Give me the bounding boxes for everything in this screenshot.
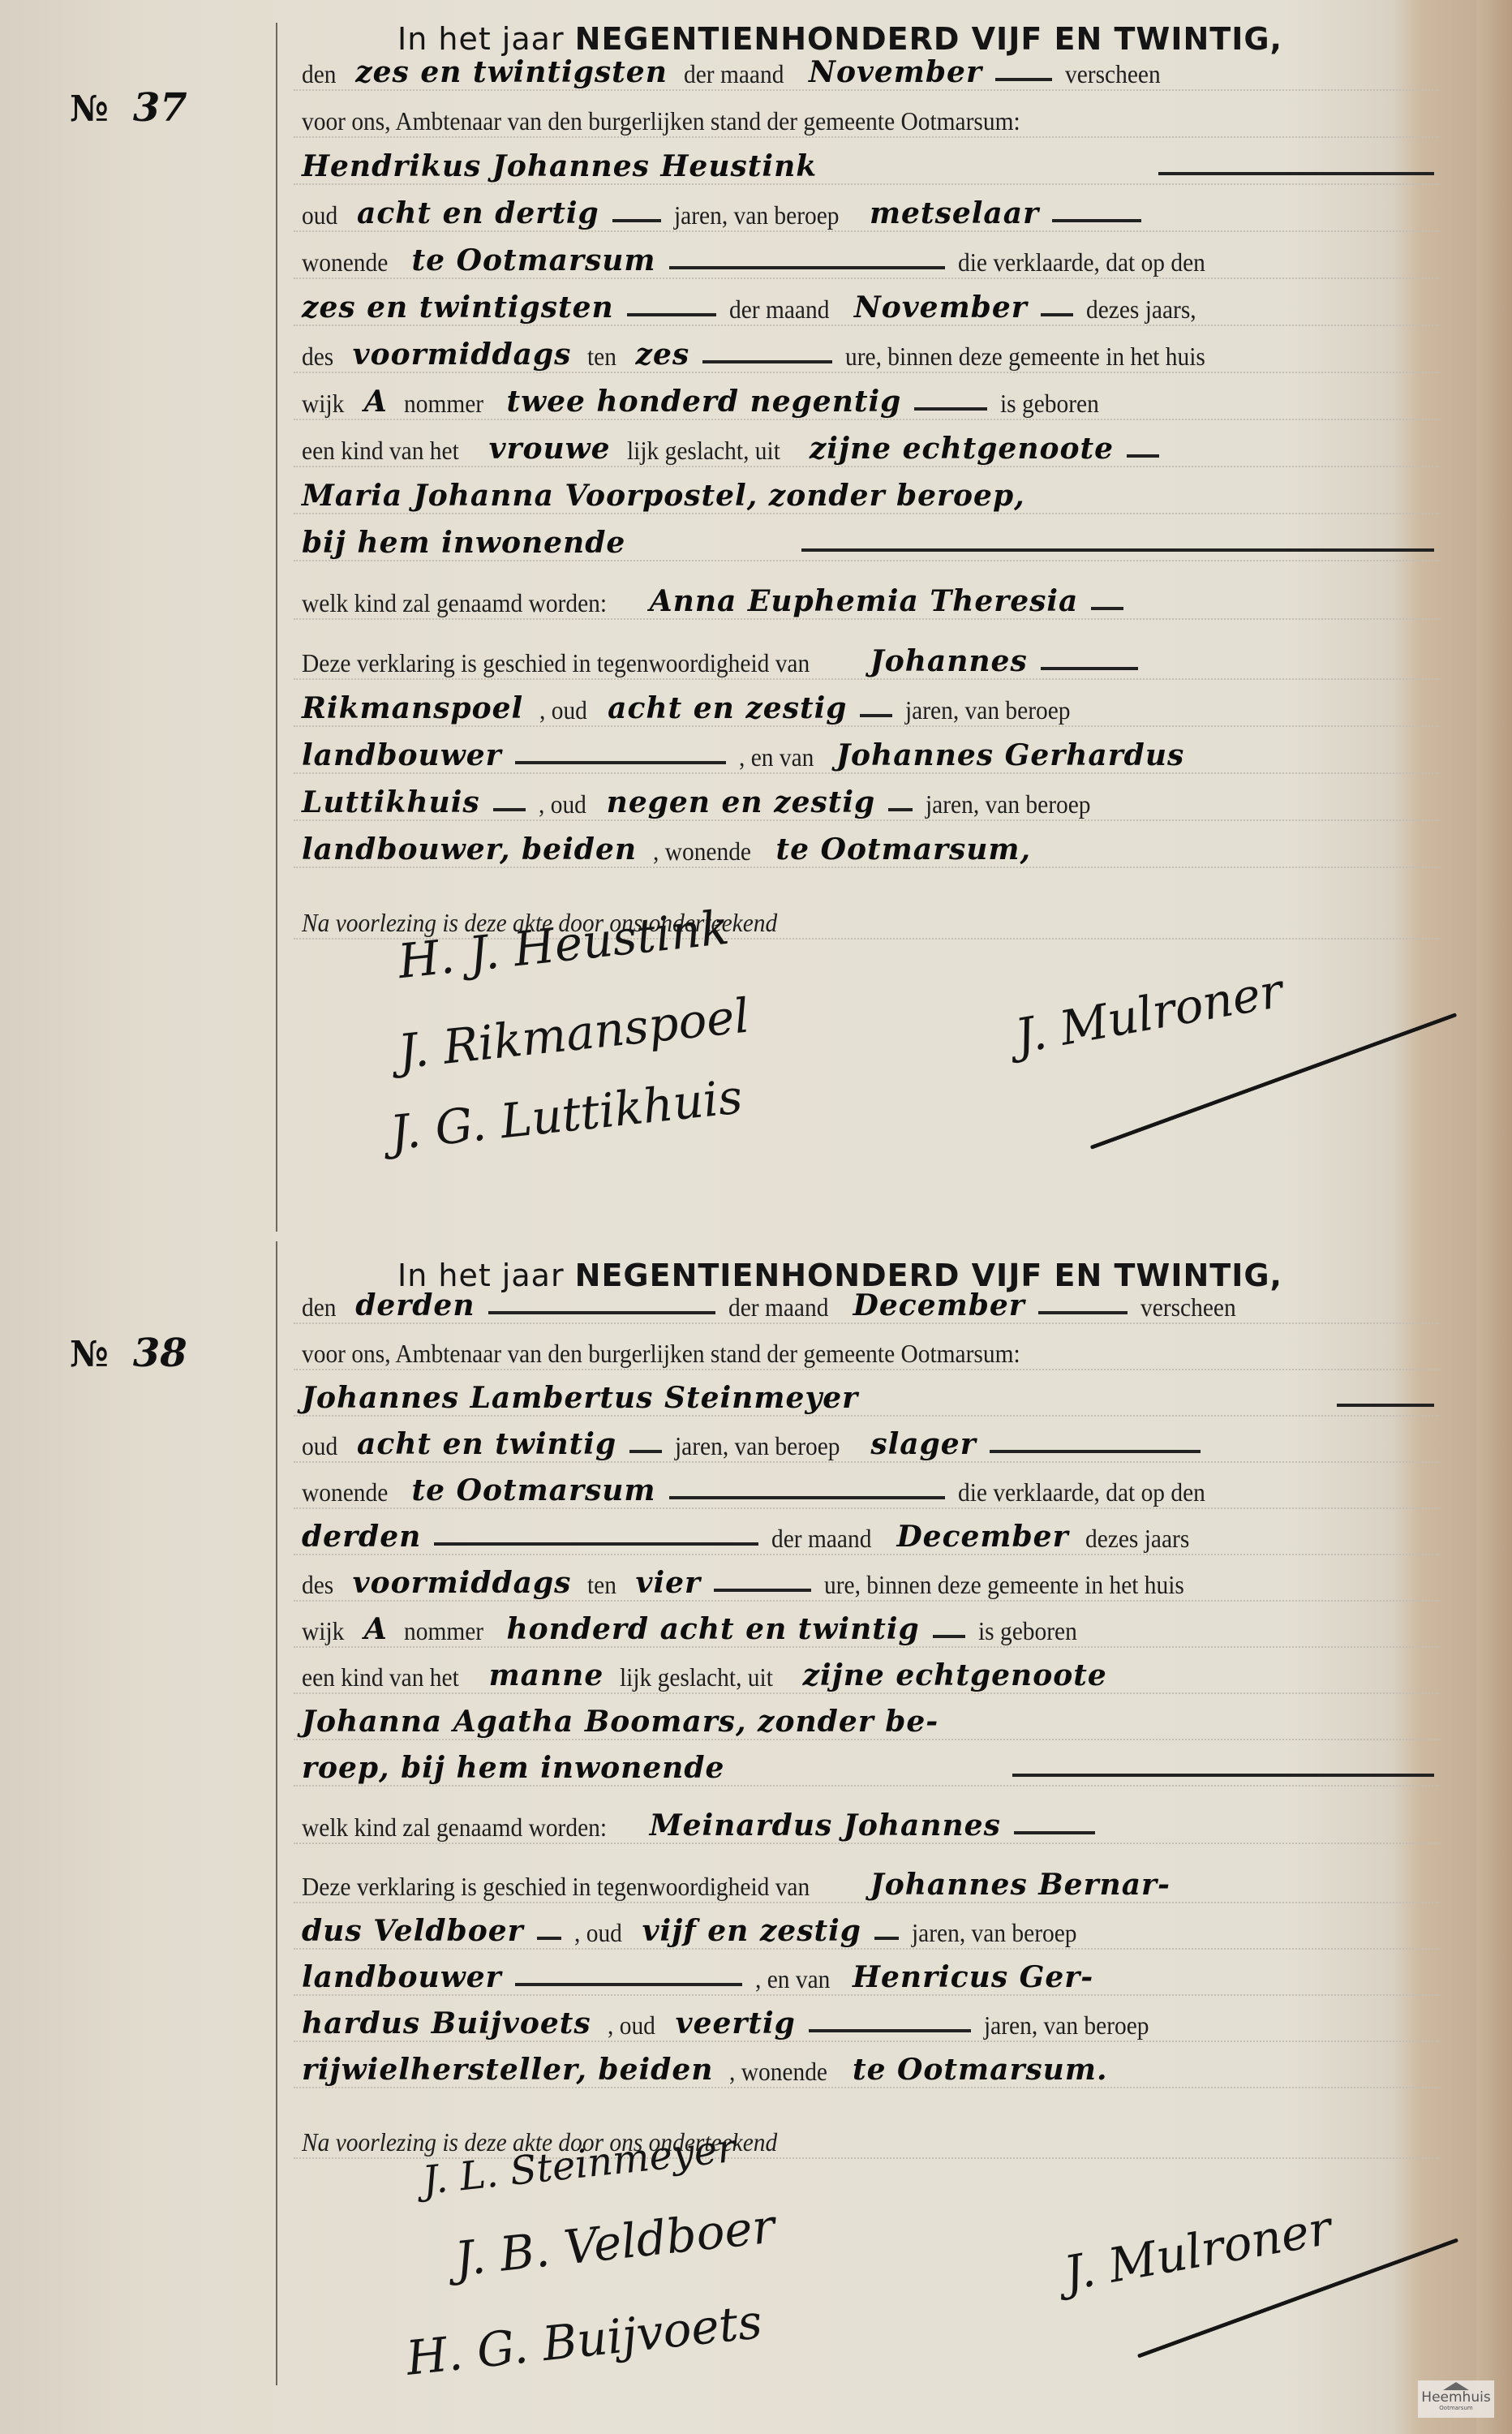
handwritten-entry: Johannes Bernar- bbox=[870, 1868, 1171, 1902]
record-line: bij hem inwonende bbox=[294, 519, 1439, 561]
handwritten-entry: Henricus Ger- bbox=[853, 1960, 1093, 1994]
printed-text: wijk bbox=[302, 389, 344, 419]
handwritten-entry: December bbox=[853, 1288, 1025, 1322]
handwritten-entry: landbouwer, beiden bbox=[302, 832, 637, 867]
handwritten-entry: zes en twintigsten bbox=[355, 55, 668, 89]
handwritten-entry: A bbox=[364, 1612, 388, 1646]
filler-dash bbox=[990, 1450, 1201, 1453]
record-line: wijkAnommertwee honderd negentigis gebor… bbox=[294, 378, 1439, 420]
printed-text: een kind van het bbox=[302, 1662, 459, 1692]
handwritten-entry: Johanna Agatha Boomars, zonder be- bbox=[302, 1705, 939, 1739]
printed-text: is geboren bbox=[978, 1616, 1077, 1646]
printed-text: ure, binnen deze gemeente in het huis bbox=[845, 342, 1205, 372]
handwritten-entry: zijne echtgenoote bbox=[803, 1658, 1107, 1692]
printed-text: verscheen bbox=[1065, 59, 1161, 89]
printed-text: , en van bbox=[739, 742, 814, 772]
handwritten-entry: zes en twintigsten bbox=[302, 290, 614, 325]
handwritten-entry: metselaar bbox=[870, 196, 1039, 230]
printed-text: dezes jaars, bbox=[1086, 295, 1196, 325]
handwritten-entry: November bbox=[809, 55, 982, 89]
handwritten-entry: twee honderd negentig bbox=[506, 385, 901, 419]
signature-witness-1: J. Rikmanspoel bbox=[396, 987, 752, 1079]
record-line: denzes en twintigstender maandNovemberve… bbox=[294, 49, 1439, 91]
printed-text: , oud bbox=[608, 2010, 655, 2041]
handwritten-entry: negen en zestig bbox=[607, 785, 876, 819]
filler-dash bbox=[888, 808, 913, 811]
signature-registrar: J. Mulroner bbox=[1060, 2200, 1336, 2302]
printed-text: jaren, van beroep bbox=[926, 789, 1091, 819]
margin-rule-act-38 bbox=[276, 1241, 277, 2385]
handwritten-entry: dus Veldboer bbox=[302, 1914, 524, 1948]
record-line: welk kind zal genaamd worden:Anna Euphem… bbox=[294, 578, 1439, 620]
printed-text: , oud bbox=[539, 695, 587, 725]
record-line: landbouwer, en vanHenricus Ger- bbox=[294, 1954, 1439, 1996]
handwritten-entry: December bbox=[896, 1520, 1068, 1554]
handwritten-entry: derden bbox=[302, 1520, 421, 1554]
printed-text: der maand bbox=[684, 59, 784, 89]
printed-text: , oud bbox=[574, 1918, 622, 1948]
handwritten-entry: Maria Johanna Voorpostel, zonder beroep, bbox=[302, 479, 1025, 513]
handwritten-entry: acht en dertig bbox=[357, 196, 599, 230]
filler-dash bbox=[669, 266, 945, 269]
filler-dash bbox=[1158, 172, 1434, 175]
handwritten-entry: voormiddags bbox=[353, 338, 572, 372]
printed-text: der maand bbox=[729, 295, 829, 325]
book-page-edge bbox=[1476, 0, 1512, 2434]
record-line: zes en twintigstender maandNovemberdezes… bbox=[294, 284, 1439, 326]
watermark-place: Ootmarsum bbox=[1418, 2405, 1494, 2411]
filler-dash bbox=[809, 2029, 971, 2032]
handwritten-entry: roep, bij hem inwonende bbox=[302, 1751, 724, 1785]
printed-text: is geboren bbox=[1000, 389, 1099, 419]
handwritten-entry: te Ootmarsum bbox=[412, 243, 656, 277]
signature-witness-2: H. G. Buijvoets bbox=[404, 2294, 765, 2386]
filler-dash bbox=[860, 714, 892, 717]
filler-dash bbox=[1041, 667, 1138, 670]
handwritten-entry: Rikmanspoel bbox=[302, 691, 523, 725]
handwritten-entry: Hendrikus Johannes Heustink bbox=[302, 149, 817, 183]
record-line: welk kind zal genaamd worden:Meinardus J… bbox=[294, 1802, 1439, 1844]
filler-dash bbox=[1041, 313, 1073, 316]
record-line: een kind van hetmannelijk geslacht, uitz… bbox=[294, 1652, 1439, 1694]
printed-text: ure, binnen deze gemeente in het huis bbox=[824, 1570, 1184, 1600]
filler-dash bbox=[629, 1450, 662, 1453]
handwritten-entry: Johannes Gerhardus bbox=[836, 738, 1184, 772]
handwritten-entry: Johannes bbox=[870, 644, 1028, 678]
printed-text: wijk bbox=[302, 1616, 344, 1646]
handwritten-entry: vier bbox=[636, 1566, 701, 1600]
handwritten-entry: acht en twintig bbox=[357, 1427, 616, 1461]
handwritten-entry: vrouwe bbox=[489, 432, 611, 466]
filler-dash bbox=[1014, 1831, 1095, 1834]
printed-text: oud bbox=[302, 1431, 337, 1461]
record-line: landbouwer, beiden, wonendete Ootmarsum, bbox=[294, 826, 1439, 868]
handwritten-entry: Luttikhuis bbox=[302, 785, 480, 819]
filler-dash bbox=[1127, 454, 1159, 458]
record-line: roep, bij hem inwonende bbox=[294, 1744, 1439, 1787]
handwritten-entry: zijne echtgenoote bbox=[810, 432, 1114, 466]
number-sign: № bbox=[70, 88, 109, 130]
printed-text: Deze verklaring is geschied in tegenwoor… bbox=[302, 1872, 810, 1902]
record-line: voor ons, Ambtenaar van den burgerlijken… bbox=[294, 1328, 1439, 1370]
filler-dash bbox=[801, 548, 1434, 552]
printed-text: jaren, van beroep bbox=[984, 2010, 1149, 2041]
record-line: Maria Johanna Voorpostel, zonder beroep, bbox=[294, 472, 1439, 514]
handwritten-entry: A bbox=[364, 385, 388, 419]
printed-text: wonende bbox=[302, 1477, 388, 1507]
record-line: Hendrikus Johannes Heustink bbox=[294, 143, 1439, 185]
filler-dash bbox=[488, 1311, 715, 1314]
filler-dash bbox=[537, 1937, 561, 1940]
printed-text: wonende bbox=[302, 247, 388, 277]
filler-dash bbox=[1337, 1404, 1434, 1407]
handwritten-entry: landbouwer bbox=[302, 738, 502, 772]
handwritten-entry: derden bbox=[355, 1288, 475, 1322]
filler-dash bbox=[1038, 1311, 1128, 1314]
printed-text: , oud bbox=[539, 789, 586, 819]
record-line: derdender maandDecemberdezes jaars bbox=[294, 1513, 1439, 1555]
filler-dash bbox=[874, 1937, 899, 1940]
printed-text: den bbox=[302, 59, 337, 89]
printed-text: , en van bbox=[755, 1964, 830, 1994]
handwritten-entry: acht en zestig bbox=[608, 691, 847, 725]
handwritten-entry: te Ootmarsum, bbox=[776, 832, 1032, 867]
printed-text: dezes jaars bbox=[1085, 1524, 1189, 1554]
signature-witness-1: J. B. Veldboer bbox=[453, 2199, 778, 2287]
printed-text: des bbox=[302, 342, 333, 372]
record-line: Luttikhuis, oudnegen en zestigjaren, van… bbox=[294, 779, 1439, 821]
handwritten-entry: voormiddags bbox=[353, 1566, 572, 1600]
filler-dash bbox=[1012, 1774, 1434, 1777]
record-line: Na voorlezing is deze akte door ons onde… bbox=[294, 2117, 1439, 2159]
number-sign: № bbox=[70, 1334, 109, 1375]
record-line: Johanna Agatha Boomars, zonder be- bbox=[294, 1698, 1439, 1740]
filler-dash bbox=[434, 1542, 758, 1546]
record-line: oudacht en twintigjaren, van beroepslage… bbox=[294, 1421, 1439, 1463]
handwritten-entry: Anna Euphemia Theresia bbox=[650, 584, 1079, 618]
filler-dash bbox=[515, 1983, 742, 1986]
printed-text: nommer bbox=[404, 1616, 483, 1646]
heemhuis-watermark: Heemhuis Ootmarsum bbox=[1418, 2380, 1494, 2418]
printed-text: den bbox=[302, 1292, 337, 1322]
record-line: landbouwer, en vanJohannes Gerhardus bbox=[294, 732, 1439, 774]
record-line: wonendete Ootmarsumdie verklaarde, dat o… bbox=[294, 237, 1439, 279]
record-line: voor ons, Ambtenaar van den burgerlijken… bbox=[294, 96, 1439, 138]
printed-text: ten bbox=[587, 1570, 616, 1600]
filler-dash bbox=[669, 1496, 945, 1499]
record-line: wijkAnommerhonderd acht en twintigis geb… bbox=[294, 1606, 1439, 1648]
handwritten-entry: vijf en zestig bbox=[642, 1914, 861, 1948]
filler-dash bbox=[515, 761, 726, 764]
handwritten-entry: bij hem inwonende bbox=[302, 526, 625, 560]
filler-dash bbox=[612, 219, 661, 222]
filler-dash bbox=[933, 1635, 965, 1638]
handwritten-entry: veertig bbox=[676, 2006, 796, 2041]
act-number-value: 37 bbox=[133, 85, 187, 131]
handwritten-entry: November bbox=[854, 290, 1028, 325]
filler-dash bbox=[627, 313, 716, 316]
handwritten-entry: Meinardus Johannes bbox=[650, 1808, 1001, 1843]
printed-text: Deze verklaring is geschied in tegenwoor… bbox=[302, 648, 810, 678]
printed-text: welk kind zal genaamd worden: bbox=[302, 588, 607, 618]
printed-text: die verklaarde, dat op den bbox=[958, 1477, 1205, 1507]
filler-dash bbox=[702, 360, 832, 363]
watermark-name: Heemhuis bbox=[1418, 2390, 1494, 2405]
handwritten-entry: te Ootmarsum. bbox=[853, 2053, 1108, 2087]
printed-text: die verklaarde, dat op den bbox=[958, 247, 1205, 277]
act-number-value: 38 bbox=[133, 1331, 187, 1376]
handwritten-entry: Johannes Lambertus Steinmeyer bbox=[302, 1381, 858, 1415]
record-line: Deze verklaring is geschied in tegenwoor… bbox=[294, 638, 1439, 680]
record-line: desvoormiddagstenzesure, binnen deze gem… bbox=[294, 331, 1439, 373]
filler-dash bbox=[1091, 607, 1123, 610]
printed-text: jaren, van beroep bbox=[674, 200, 840, 230]
printed-text: voor ons, Ambtenaar van den burgerlijken… bbox=[302, 1339, 1020, 1369]
handwritten-entry: zes bbox=[636, 338, 690, 372]
record-line: Rikmanspoel, oudacht en zestigjaren, van… bbox=[294, 685, 1439, 727]
record-line: desvoormiddagstenvierure, binnen deze ge… bbox=[294, 1559, 1439, 1602]
printed-text: jaren, van beroep bbox=[905, 695, 1071, 725]
printed-text: voor ons, Ambtenaar van den burgerlijken… bbox=[302, 106, 1020, 136]
signature-witness-2: J. G. Luttikhuis bbox=[388, 1069, 745, 1160]
printed-text: jaren, van beroep bbox=[675, 1431, 840, 1461]
handwritten-entry: honderd acht en twintig bbox=[506, 1612, 919, 1646]
filler-dash bbox=[914, 407, 987, 411]
record-line: Johannes Lambertus Steinmeyer bbox=[294, 1374, 1439, 1417]
printed-text: welk kind zal genaamd worden: bbox=[302, 1813, 607, 1843]
record-line: denderdender maandDecemberverscheen bbox=[294, 1282, 1439, 1324]
handwritten-entry: manne bbox=[489, 1658, 604, 1692]
record-line: Deze verklaring is geschied in tegenwoor… bbox=[294, 1861, 1439, 1903]
printed-text: oud bbox=[302, 200, 337, 230]
record-line: dus Veldboer, oudvijf en zestigjaren, va… bbox=[294, 1907, 1439, 1950]
act-number: №38 bbox=[70, 1331, 187, 1376]
printed-text: verscheen bbox=[1140, 1292, 1236, 1322]
printed-text: ten bbox=[587, 342, 616, 372]
printed-text: nommer bbox=[404, 389, 483, 419]
printed-text: , wonende bbox=[653, 836, 751, 867]
printed-text: der maand bbox=[771, 1524, 871, 1554]
printed-text: een kind van het bbox=[302, 436, 459, 466]
filler-dash bbox=[995, 78, 1052, 81]
printed-text: lijk geslacht, uit bbox=[627, 436, 780, 466]
act-number: №37 bbox=[70, 85, 187, 131]
record-line: oudacht en dertigjaren, van beroepmetsel… bbox=[294, 190, 1439, 232]
handwritten-entry: slager bbox=[870, 1427, 976, 1461]
margin-rule-act-37 bbox=[276, 23, 277, 1232]
record-line: hardus Buijvoets, oudveertigjaren, van b… bbox=[294, 2000, 1439, 2042]
handwritten-entry: hardus Buijvoets bbox=[302, 2006, 591, 2041]
record-line: wonendete Ootmarsumdie verklaarde, dat o… bbox=[294, 1467, 1439, 1509]
printed-text: jaren, van beroep bbox=[912, 1918, 1077, 1948]
printed-text: , wonende bbox=[729, 2057, 827, 2087]
record-line: een kind van hetvrouwelijk geslacht, uit… bbox=[294, 425, 1439, 467]
filler-dash bbox=[1052, 219, 1141, 222]
signature-registrar: J. Mulroner bbox=[1012, 963, 1287, 1064]
printed-text: lijk geslacht, uit bbox=[620, 1662, 773, 1692]
handwritten-entry: landbouwer bbox=[302, 1960, 502, 1994]
handwritten-entry: te Ootmarsum bbox=[412, 1473, 656, 1507]
handwritten-entry: rijwielhersteller, beiden bbox=[302, 2053, 713, 2087]
filler-dash bbox=[493, 808, 526, 811]
filler-dash bbox=[714, 1589, 811, 1592]
record-line: rijwielhersteller, beiden, wonendete Oot… bbox=[294, 2046, 1439, 2088]
printed-text: der maand bbox=[728, 1292, 828, 1322]
printed-text: des bbox=[302, 1570, 333, 1600]
